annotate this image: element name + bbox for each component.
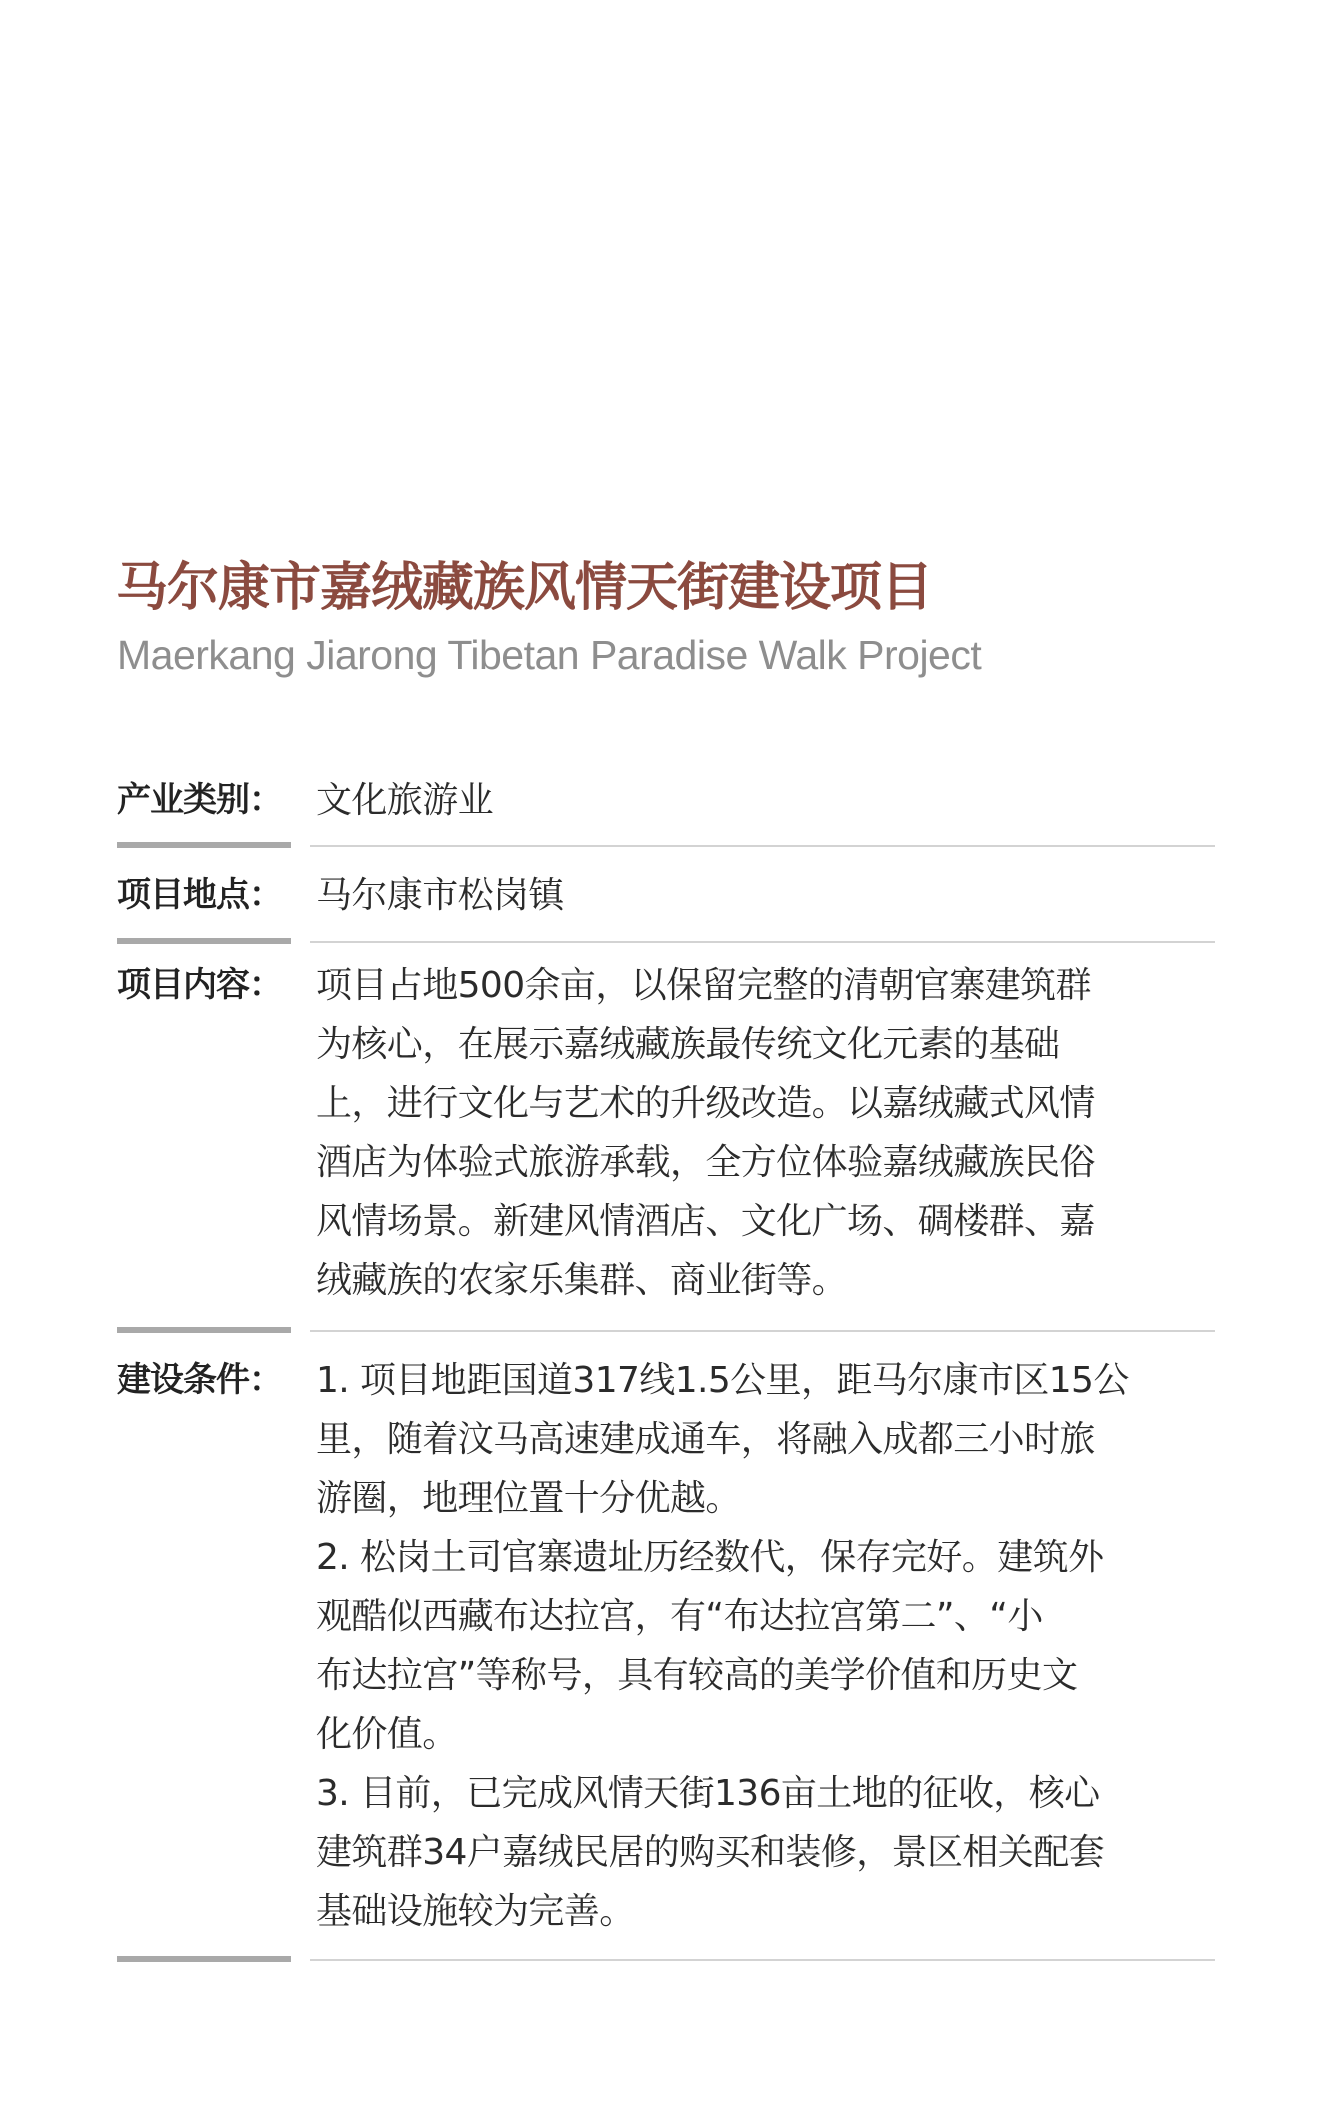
project-location-value: 马尔康市松岗镇 [316,866,1216,925]
construction-conditions-value: 1. 项目地距国道317线1.5公里，距马尔康市区15公 里，随着汶马高速建成通… [316,1351,1216,1941]
divider [0,842,1334,848]
value-line: 建筑群34户嘉绒民居的购买和装修，景区相关配套 [316,1823,1216,1882]
divider-thin-line [310,941,1215,943]
value-line: 布达拉宫”等称号，具有较高的美学价值和历史文 [316,1646,1216,1705]
project-location-label: 项目地点： [117,866,282,925]
value-line: 为核心，在展示嘉绒藏族最传统文化元素的基础 [316,1015,1216,1074]
divider [0,1327,1334,1333]
industry-category-label: 产业类别： [117,771,282,830]
value-line: 观酷似西藏布达拉宫，有“布达拉宫第二”、“小 [316,1587,1216,1646]
value-line: 酒店为体验式旅游承载，全方位体验嘉绒藏族民俗 [316,1133,1216,1192]
value-line: 1. 项目地距国道317线1.5公里，距马尔康市区15公 [316,1351,1216,1410]
divider [0,938,1334,944]
value-line: 风情场景。新建风情酒店、文化广场、碉楼群、嘉 [316,1192,1216,1251]
divider-thick-bar [117,1956,291,1962]
project-content-label: 项目内容： [117,956,282,1015]
value-line: 游圈，地理位置十分优越。 [316,1469,1216,1528]
value-line: 绒藏族的农家乐集群、商业街等。 [316,1251,1216,1310]
divider [0,1956,1334,1962]
value-line: 马尔康市松岗镇 [316,866,1216,925]
value-line: 项目占地500余亩，以保留完整的清朝官寨建筑群 [316,956,1216,1015]
value-line: 文化旅游业 [316,771,1216,830]
industry-category-value: 文化旅游业 [316,771,1216,830]
value-line: 基础设施较为完善。 [316,1882,1216,1941]
value-line: 2. 松岗土司官寨遗址历经数代，保存完好。建筑外 [316,1528,1216,1587]
value-line: 上，进行文化与艺术的升级改造。以嘉绒藏式风情 [316,1074,1216,1133]
construction-conditions-label: 建设条件： [117,1351,282,1410]
value-line: 里，随着汶马高速建成通车，将融入成都三小时旅 [316,1410,1216,1469]
value-line: 化价值。 [316,1705,1216,1764]
divider-thick-bar [117,938,291,944]
value-line: 3. 目前，已完成风情天街136亩土地的征收，核心 [316,1764,1216,1823]
divider-thin-line [310,1959,1215,1961]
divider-thin-line [310,845,1215,847]
divider-thick-bar [117,842,291,848]
divider-thin-line [310,1330,1215,1332]
project-content-value: 项目占地500余亩，以保留完整的清朝官寨建筑群 为核心，在展示嘉绒藏族最传统文化… [316,956,1216,1310]
divider-thick-bar [117,1327,291,1333]
project-subtitle-english: Maerkang Jiarong Tibetan Paradise Walk P… [117,630,981,680]
project-title: 马尔康市嘉绒藏族风情天街建设项目 [116,555,932,621]
